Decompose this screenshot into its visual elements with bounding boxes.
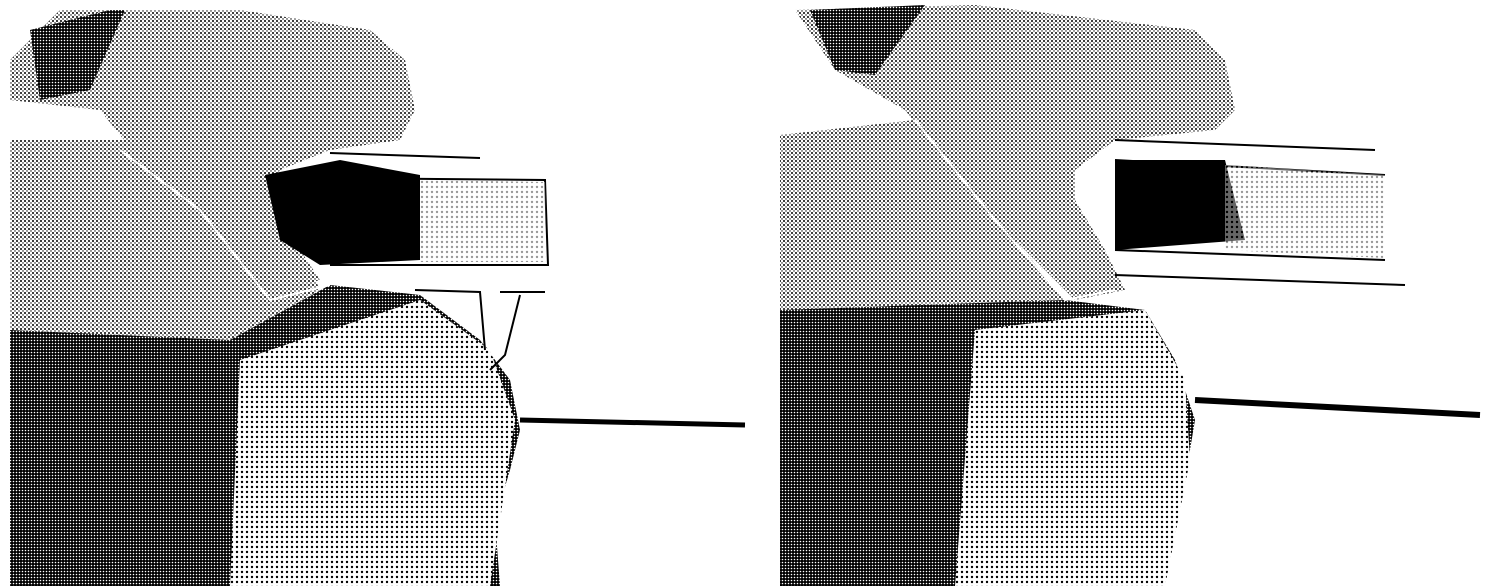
figure-panel-left xyxy=(0,0,760,586)
hand-illustration xyxy=(775,0,1504,586)
hand-illustration xyxy=(0,0,760,586)
figure-panel-right xyxy=(775,0,1504,586)
